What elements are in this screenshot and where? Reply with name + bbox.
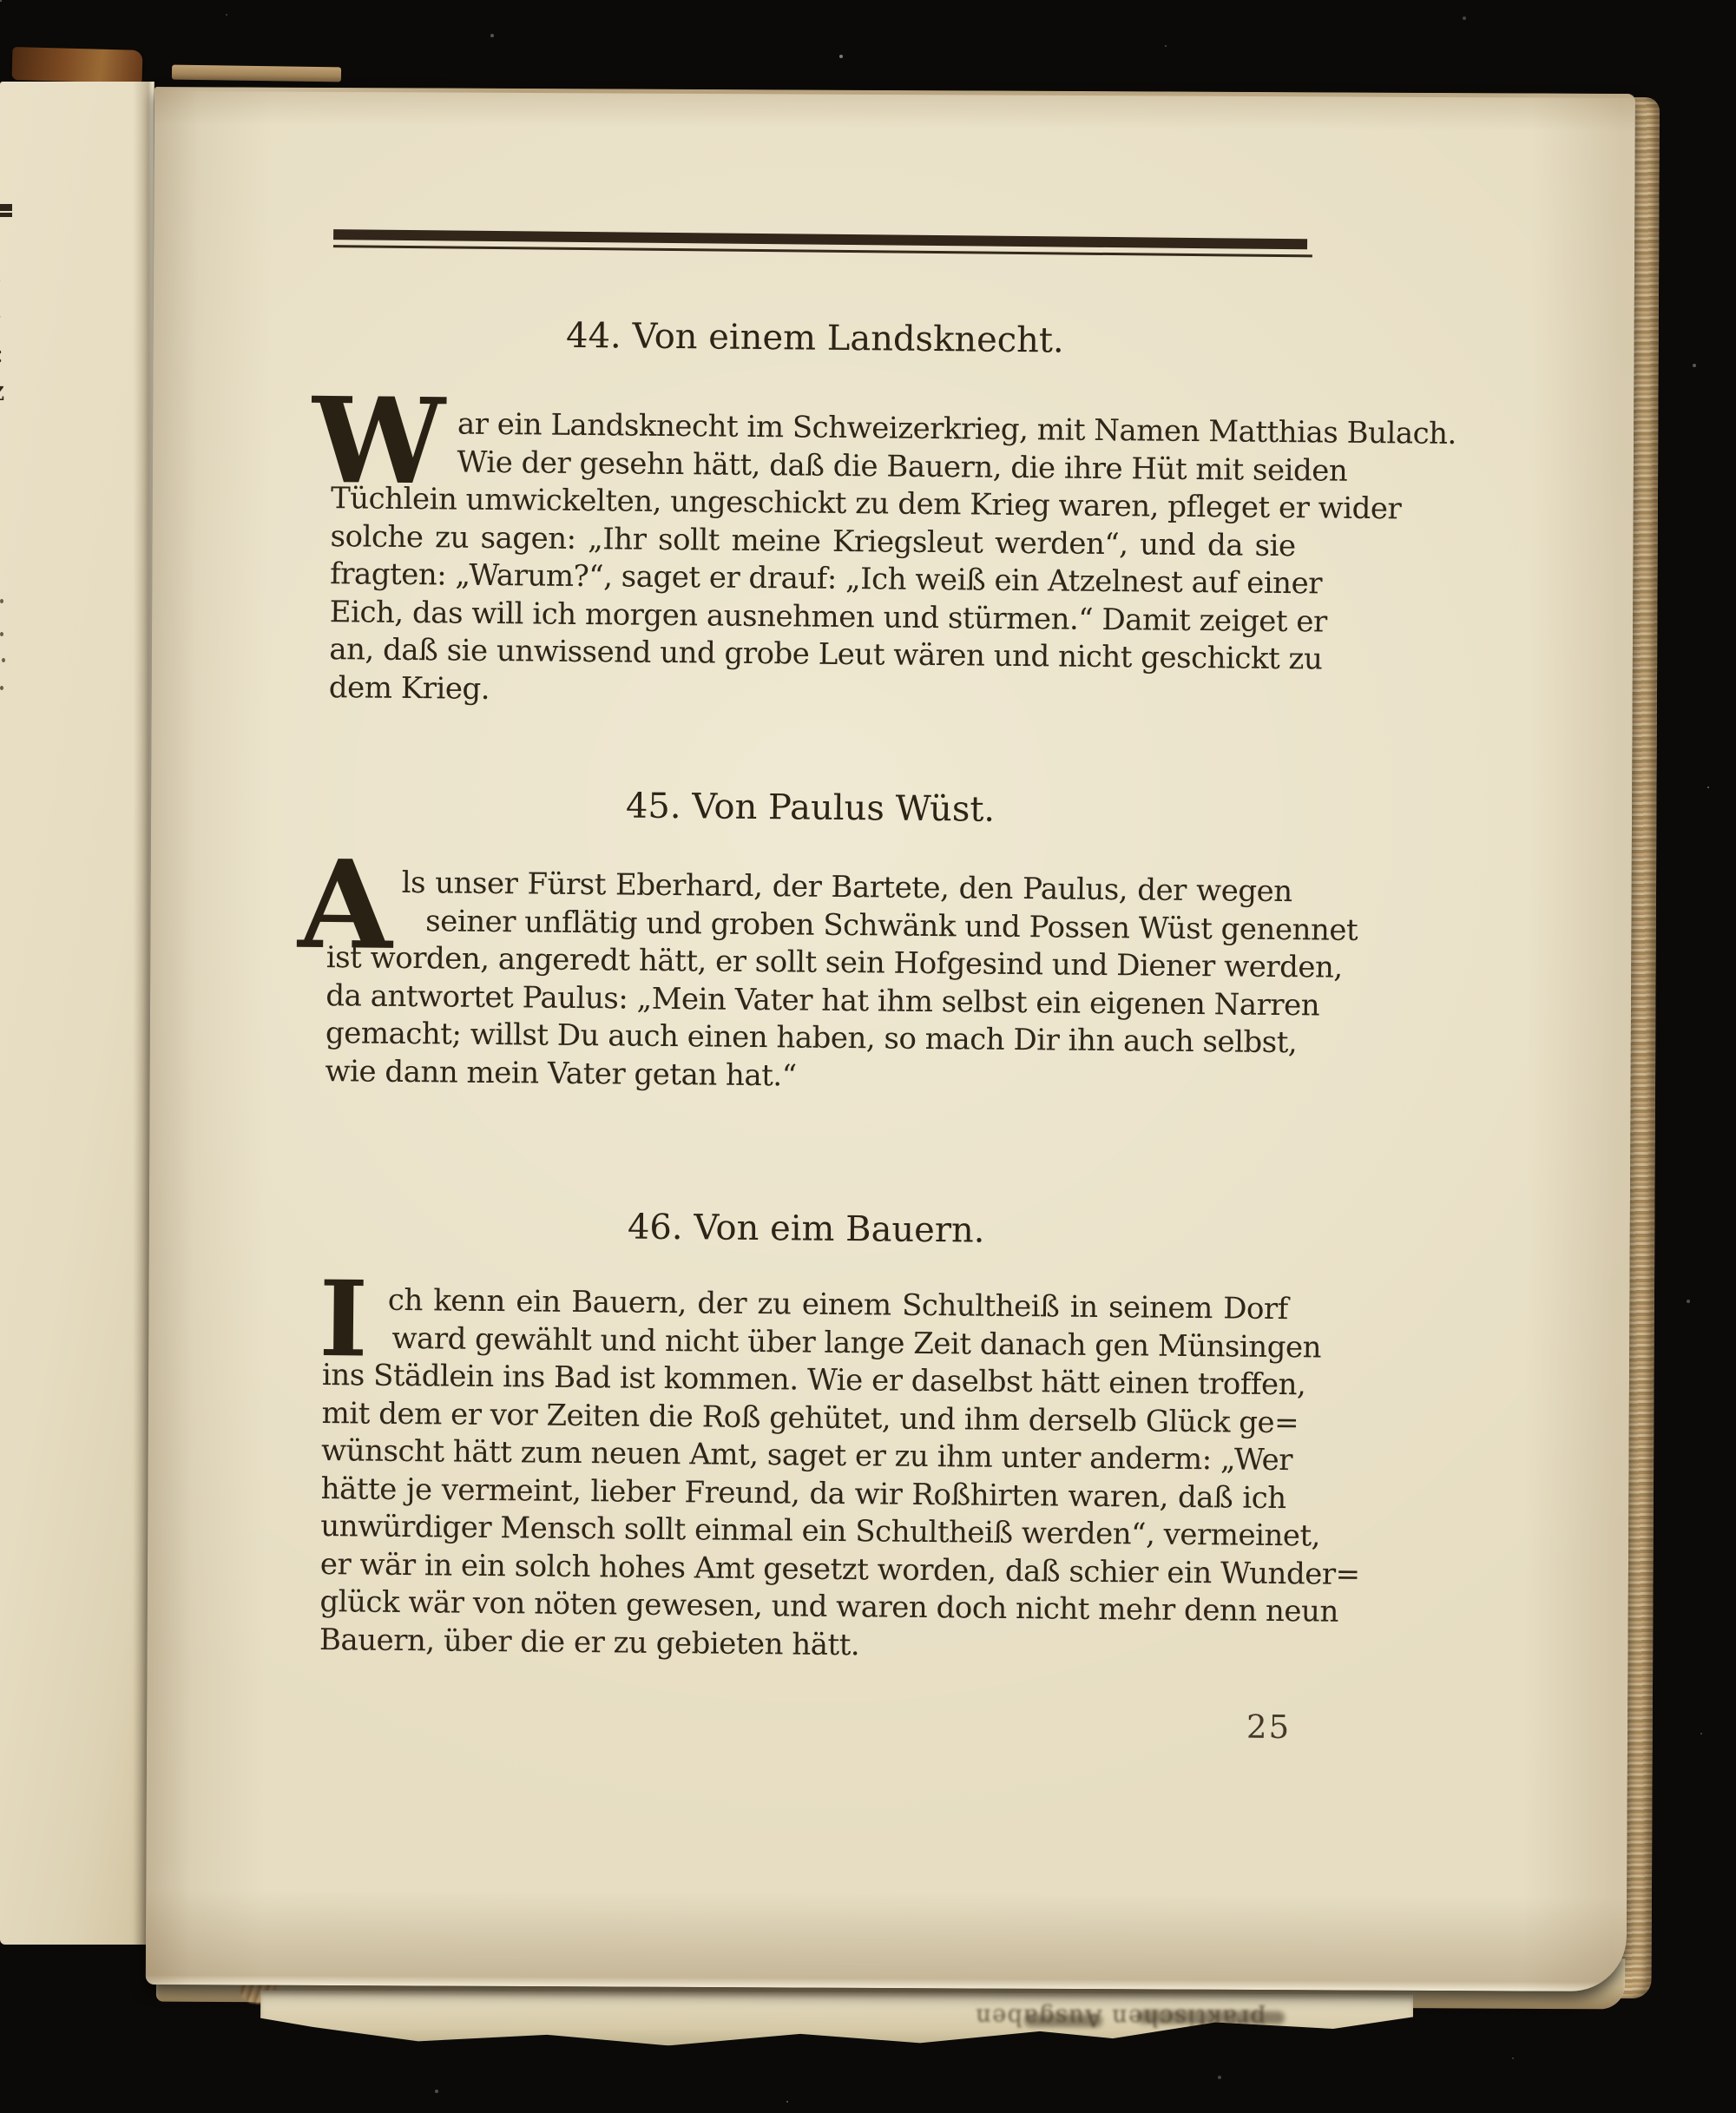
torn-page-stub: praktischen Ausgaben (260, 1991, 1413, 2052)
ink-speck (0, 599, 3, 603)
facing-page-rule-fragment (0, 204, 12, 217)
ink-speck (0, 686, 3, 690)
blurred-text-blob (1137, 2011, 1285, 2024)
story-46-paragraph: I ch kenn ein Bauern, der zu einem Schul… (319, 1281, 1288, 1669)
drop-cap: A (298, 845, 393, 967)
book-spine-leather (12, 47, 143, 83)
page-block-top-edge (172, 65, 341, 82)
drop-cap: W (312, 382, 445, 502)
blurred-text-blob (1024, 2014, 1102, 2027)
dust-specks (0, 0, 2, 2)
story-45-paragraph: A ls unser Fürst Eberhard, der Bartete, … (325, 864, 1292, 1100)
ink-speck (2, 658, 5, 662)
book-page: 44. Von einem Landsknecht. W ar ein Land… (146, 87, 1635, 1991)
ink-speck (0, 632, 3, 636)
page-number: 25 (1246, 1708, 1292, 1747)
header-double-rule (333, 229, 1307, 257)
story-heading-44: 44. Von einem Landsknecht. (332, 313, 1298, 363)
page-content: 44. Von einem Landsknecht. W ar ein Land… (136, 86, 1636, 1998)
drop-cap: I (319, 1267, 368, 1372)
story-heading-45: 45. Von Paulus Wüst. (327, 783, 1292, 833)
story-heading-46: 46. Von eim Bauern. (324, 1204, 1289, 1254)
facing-page-letter-fragment: : (0, 340, 3, 367)
story-44-paragraph: W ar ein Landsknecht im Schweizerkrieg, … (329, 405, 1297, 716)
facing-page-sliver: t / : z (0, 82, 155, 1945)
facing-page-letter-fragment: z (0, 378, 4, 405)
